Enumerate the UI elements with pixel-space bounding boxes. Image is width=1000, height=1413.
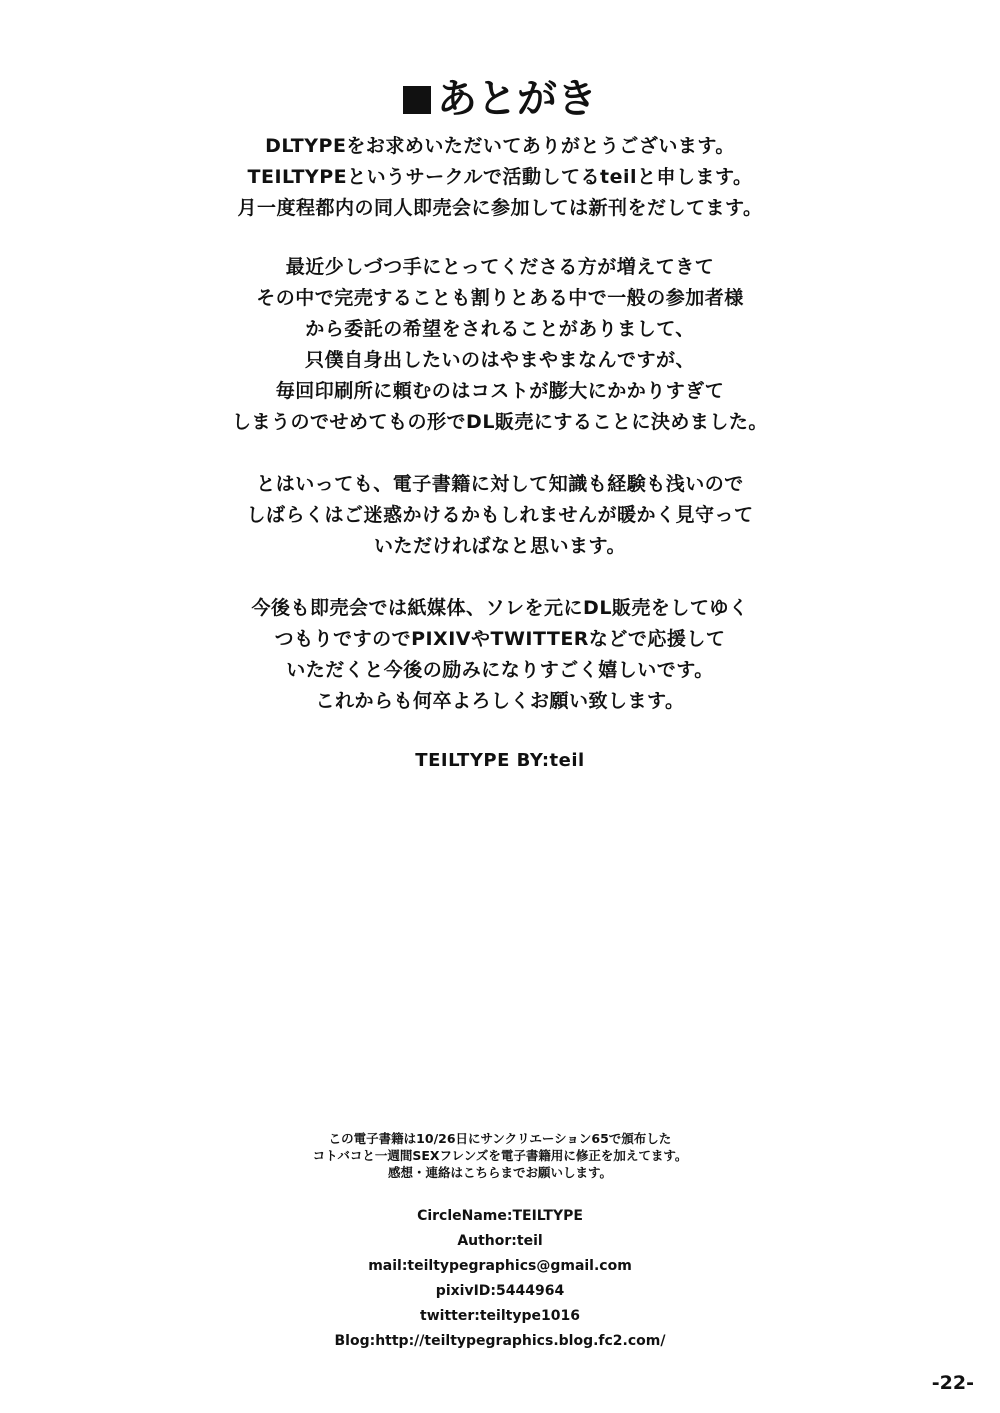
paragraph-line: 今後も即売会では紙媒体、ソレを元にDL販売をしてゆく <box>0 593 1000 624</box>
circle-name: CircleName:TEILTYPE <box>0 1204 1000 1229</box>
blog-url: Blog:http://teiltypegraphics.blog.fc2.co… <box>0 1329 1000 1354</box>
paragraph-line: これからも何卒よろしくお願い致します。 <box>0 686 1000 717</box>
paragraph-line: いただくと今後の励みになりすごく嬉しいです。 <box>0 655 1000 686</box>
note-line: コトバコと一週間SEXフレンズを電子書籍用に修正を加えてます。 <box>0 1147 1000 1164</box>
paragraph-line: いただければなと思います。 <box>0 531 1000 562</box>
afterword-page: あとがき DLTYPEをお求めいただいてありがとうございます。 TEILTYPE… <box>0 0 1000 1413</box>
pixiv-id: pixivID:5444964 <box>0 1279 1000 1304</box>
page-number: -22- <box>932 1372 974 1394</box>
credits-block: CircleName:TEILTYPE Author:teil mail:tei… <box>0 1204 1000 1354</box>
author: Author:teil <box>0 1229 1000 1254</box>
note-line: 感想・連絡はこちらまでお願いします。 <box>0 1164 1000 1181</box>
mail-address: mail:teiltypegraphics@gmail.com <box>0 1254 1000 1279</box>
paragraph-line: DLTYPEをお求めいただいてありがとうございます。 <box>0 131 1000 162</box>
page-title-text: あとがき <box>437 76 597 122</box>
paragraph-future: 今後も即売会では紙媒体、ソレを元にDL販売をしてゆく つもりですのでPIXIVや… <box>0 593 1000 717</box>
page-title: あとがき <box>0 72 1000 126</box>
paragraph-line: つもりですのでPIXIVやTWITTERなどで応援して <box>0 624 1000 655</box>
paragraph-greeting: DLTYPEをお求めいただいてありがとうございます。 TEILTYPEというサー… <box>0 131 1000 224</box>
twitter-handle: twitter:teiltype1016 <box>0 1304 1000 1329</box>
paragraph-line: その中で完売することも割りとある中で一般の参加者様 <box>0 283 1000 314</box>
note-line: この電子書籍は10/26日にサンクリエーション65で頒布した <box>0 1130 1000 1147</box>
paragraph-line: しばらくはご迷惑かけるかもしれませんが暖かく見守って <box>0 500 1000 531</box>
paragraph-reason: 最近少しづつ手にとってくださる方が増えてきて その中で完売することも割りとある中… <box>0 252 1000 438</box>
paragraph-line: 只僕自身出したいのはやまやまなんですが、 <box>0 345 1000 376</box>
paragraph-apology: とはいっても、電子書籍に対して知識も経験も浅いので しばらくはご迷惑かけるかもし… <box>0 469 1000 562</box>
paragraph-line: とはいっても、電子書籍に対して知識も経験も浅いので <box>0 469 1000 500</box>
black-square-icon <box>403 86 431 114</box>
paragraph-line: TEILTYPEというサークルで活動してるteilと申します。 <box>0 162 1000 193</box>
paragraph-line: 最近少しづつ手にとってくださる方が増えてきて <box>0 252 1000 283</box>
paragraph-line: 月一度程都内の同人即売会に参加しては新刊をだしてます。 <box>0 193 1000 224</box>
distribution-note: この電子書籍は10/26日にサンクリエーション65で頒布した コトバコと一週間S… <box>0 1130 1000 1181</box>
paragraph-line: 毎回印刷所に頼むのはコストが膨大にかかりすぎて <box>0 376 1000 407</box>
paragraph-line: しまうのでせめてもの形でDL販売にすることに決めました。 <box>0 407 1000 438</box>
paragraph-line: から委託の希望をされることがありまして、 <box>0 314 1000 345</box>
signature: TEILTYPE BY:teil <box>0 750 1000 771</box>
